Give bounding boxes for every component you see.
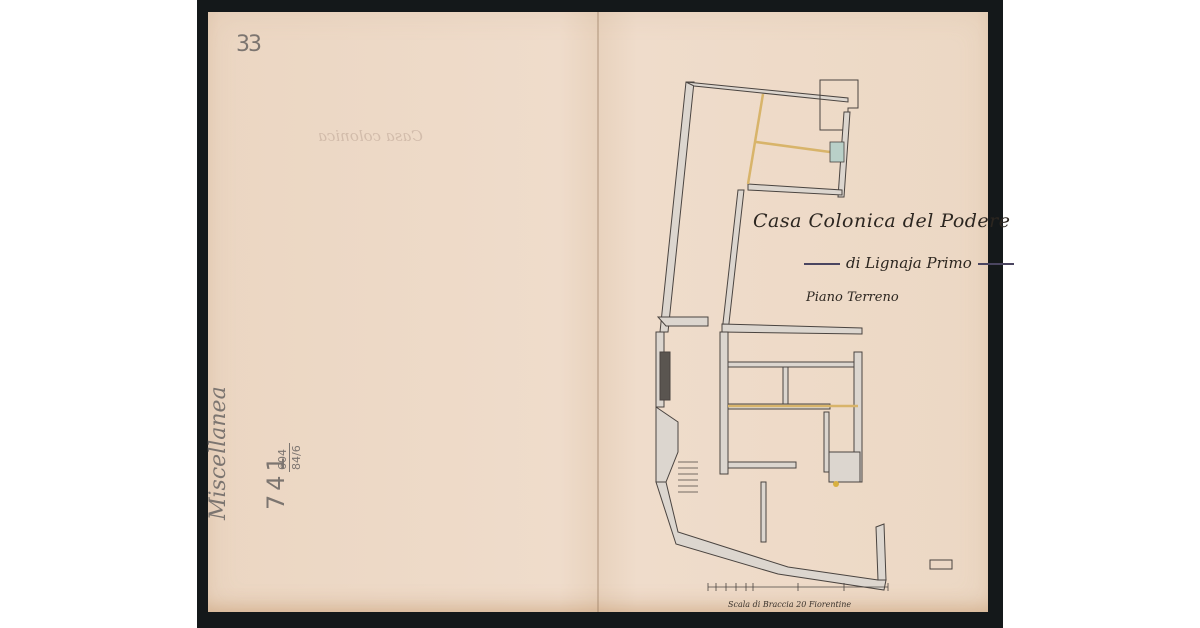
- floor-label: Piano Terreno: [806, 290, 899, 305]
- scale-label: Scala di Braccia 20 Fiorentine: [728, 600, 851, 609]
- plan-subtitle: di Lignaja Primo: [798, 254, 1020, 272]
- decorative-rule: [804, 263, 840, 265]
- paper-sheet: 33 Casa colonica Miscellanea 741 604 84/…: [208, 12, 988, 612]
- plan-title: Casa Colonica del Podere: [753, 210, 1011, 232]
- subtitle-text: di Lignaja Primo: [846, 254, 972, 272]
- decorative-rule: [978, 263, 1014, 265]
- floor-plan: [208, 12, 988, 612]
